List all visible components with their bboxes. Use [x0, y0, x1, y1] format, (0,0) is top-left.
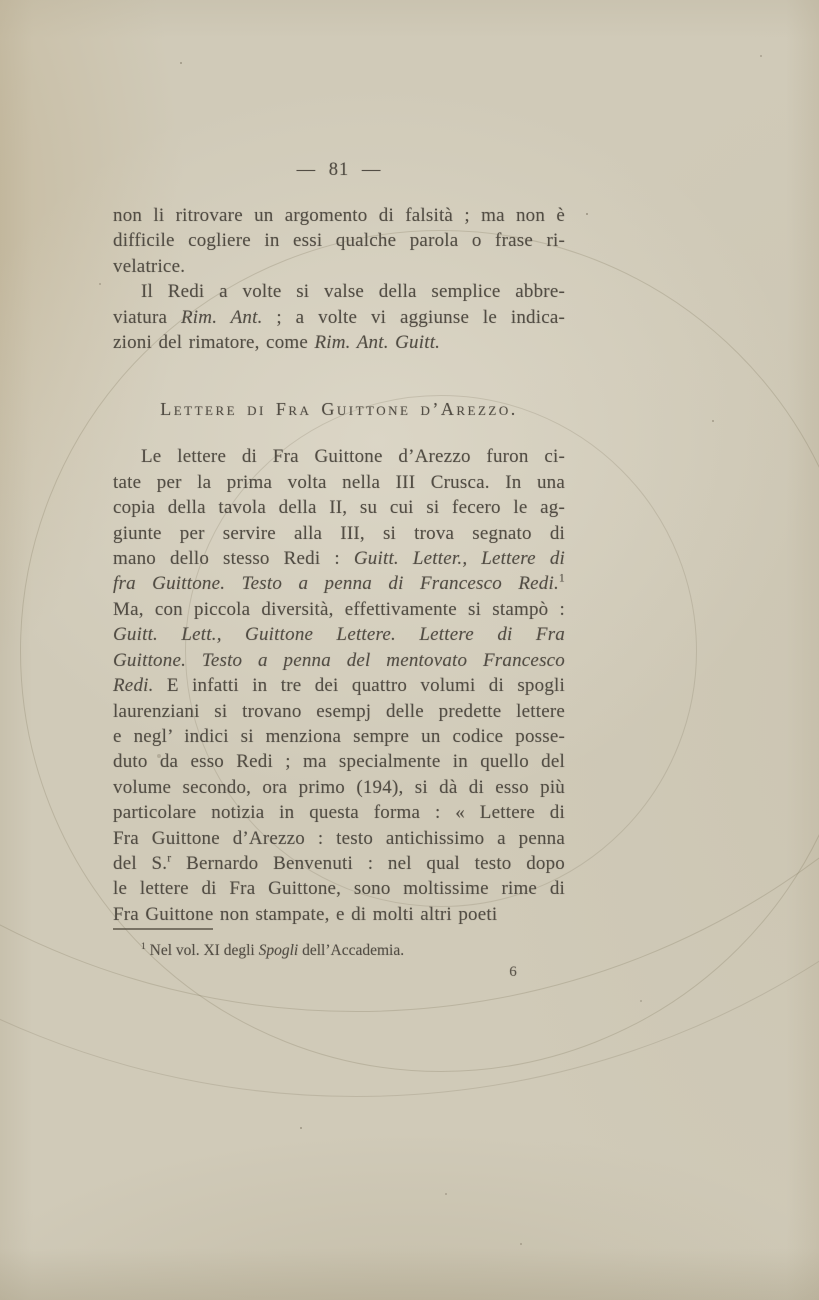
footnote-area: 1 Nel vol. XI degli Spogli dell’Accademi…: [113, 928, 565, 961]
text-line: tate per la prima volta nella III Crusca…: [113, 470, 565, 495]
text-line: del S.r Bernardo Benvenuti : nel qual te…: [113, 851, 565, 876]
text-line: fra Guittone. Testo a penna di Francesco…: [113, 571, 565, 596]
signature-number: 6: [498, 964, 528, 981]
paper-specks: [0, 0, 2, 2]
text-block: non li ritrovare un argomento di falsità…: [113, 203, 565, 927]
text-line: Il Redi a volte si valse della semplice …: [113, 279, 565, 304]
body-text-lower: Le lettere di Fra Guittone d’Arezzo furo…: [113, 444, 565, 927]
paragraph: 1 Nel vol. XI degli Spogli dell’Accademi…: [113, 941, 565, 961]
text-line: particolare notizia in questa forma : « …: [113, 800, 565, 825]
text-line: duto da esso Redi ; ma specialmente in q…: [113, 749, 565, 774]
text-line: Le lettere di Fra Guittone d’Arezzo furo…: [113, 444, 565, 469]
text-line: Fra Guittone d’Arezzo : testo antichissi…: [113, 826, 565, 851]
section-heading: Lettere di Fra Guittone d’Arezzo.: [113, 397, 565, 421]
text-line: Redi. E infatti in tre dei quattro volum…: [113, 673, 565, 698]
page-number: — 81 —: [113, 160, 565, 181]
text-line: difficile cogliere in essi qualche parol…: [113, 228, 565, 253]
text-line: 1 Nel vol. XI degli Spogli dell’Accademi…: [113, 941, 565, 961]
text-line: non li ritrovare un argomento di falsità…: [113, 203, 565, 228]
paragraph: non li ritrovare un argomento di falsità…: [113, 203, 565, 279]
text-line: velatrice.: [113, 254, 565, 279]
text-line: Fra Guittone non stampate, e di molti al…: [113, 902, 565, 927]
text-line: mano dello stesso Redi : Guitt. Letter.,…: [113, 546, 565, 571]
text-line: volume secondo, ora primo (194), si dà d…: [113, 775, 565, 800]
text-line: Guitt. Lett., Guittone Lettere. Lettere …: [113, 622, 565, 647]
text-line: Guittone. Testo a penna del mentovato Fr…: [113, 648, 565, 673]
text-line: viatura Rim. Ant. ; a volte vi aggiunse …: [113, 305, 565, 330]
paragraph: Il Redi a volte si valse della semplice …: [113, 279, 565, 355]
text-line: le lettere di Fra Guittone, sono moltiss…: [113, 876, 565, 901]
paragraph: Le lettere di Fra Guittone d’Arezzo furo…: [113, 444, 565, 927]
book-page: — 81 — non li ritrovare un argomento di …: [0, 0, 819, 1300]
text-line: giunte per servire alla III, si trova se…: [113, 521, 565, 546]
text-line: copia della tavola della II, su cui si f…: [113, 495, 565, 520]
text-line: laurenziani si trovano esempj delle pred…: [113, 699, 565, 724]
text-line: e negl’ indici si menziona sempre un cod…: [113, 724, 565, 749]
text-line: zioni del rimatore, come Rim. Ant. Guitt…: [113, 330, 565, 355]
footnote-separator: [113, 928, 213, 930]
footnote: 1 Nel vol. XI degli Spogli dell’Accademi…: [113, 941, 565, 961]
text-line: Ma, con piccola diversità, effettivament…: [113, 597, 565, 622]
body-text-upper: non li ritrovare un argomento di falsità…: [113, 203, 565, 355]
